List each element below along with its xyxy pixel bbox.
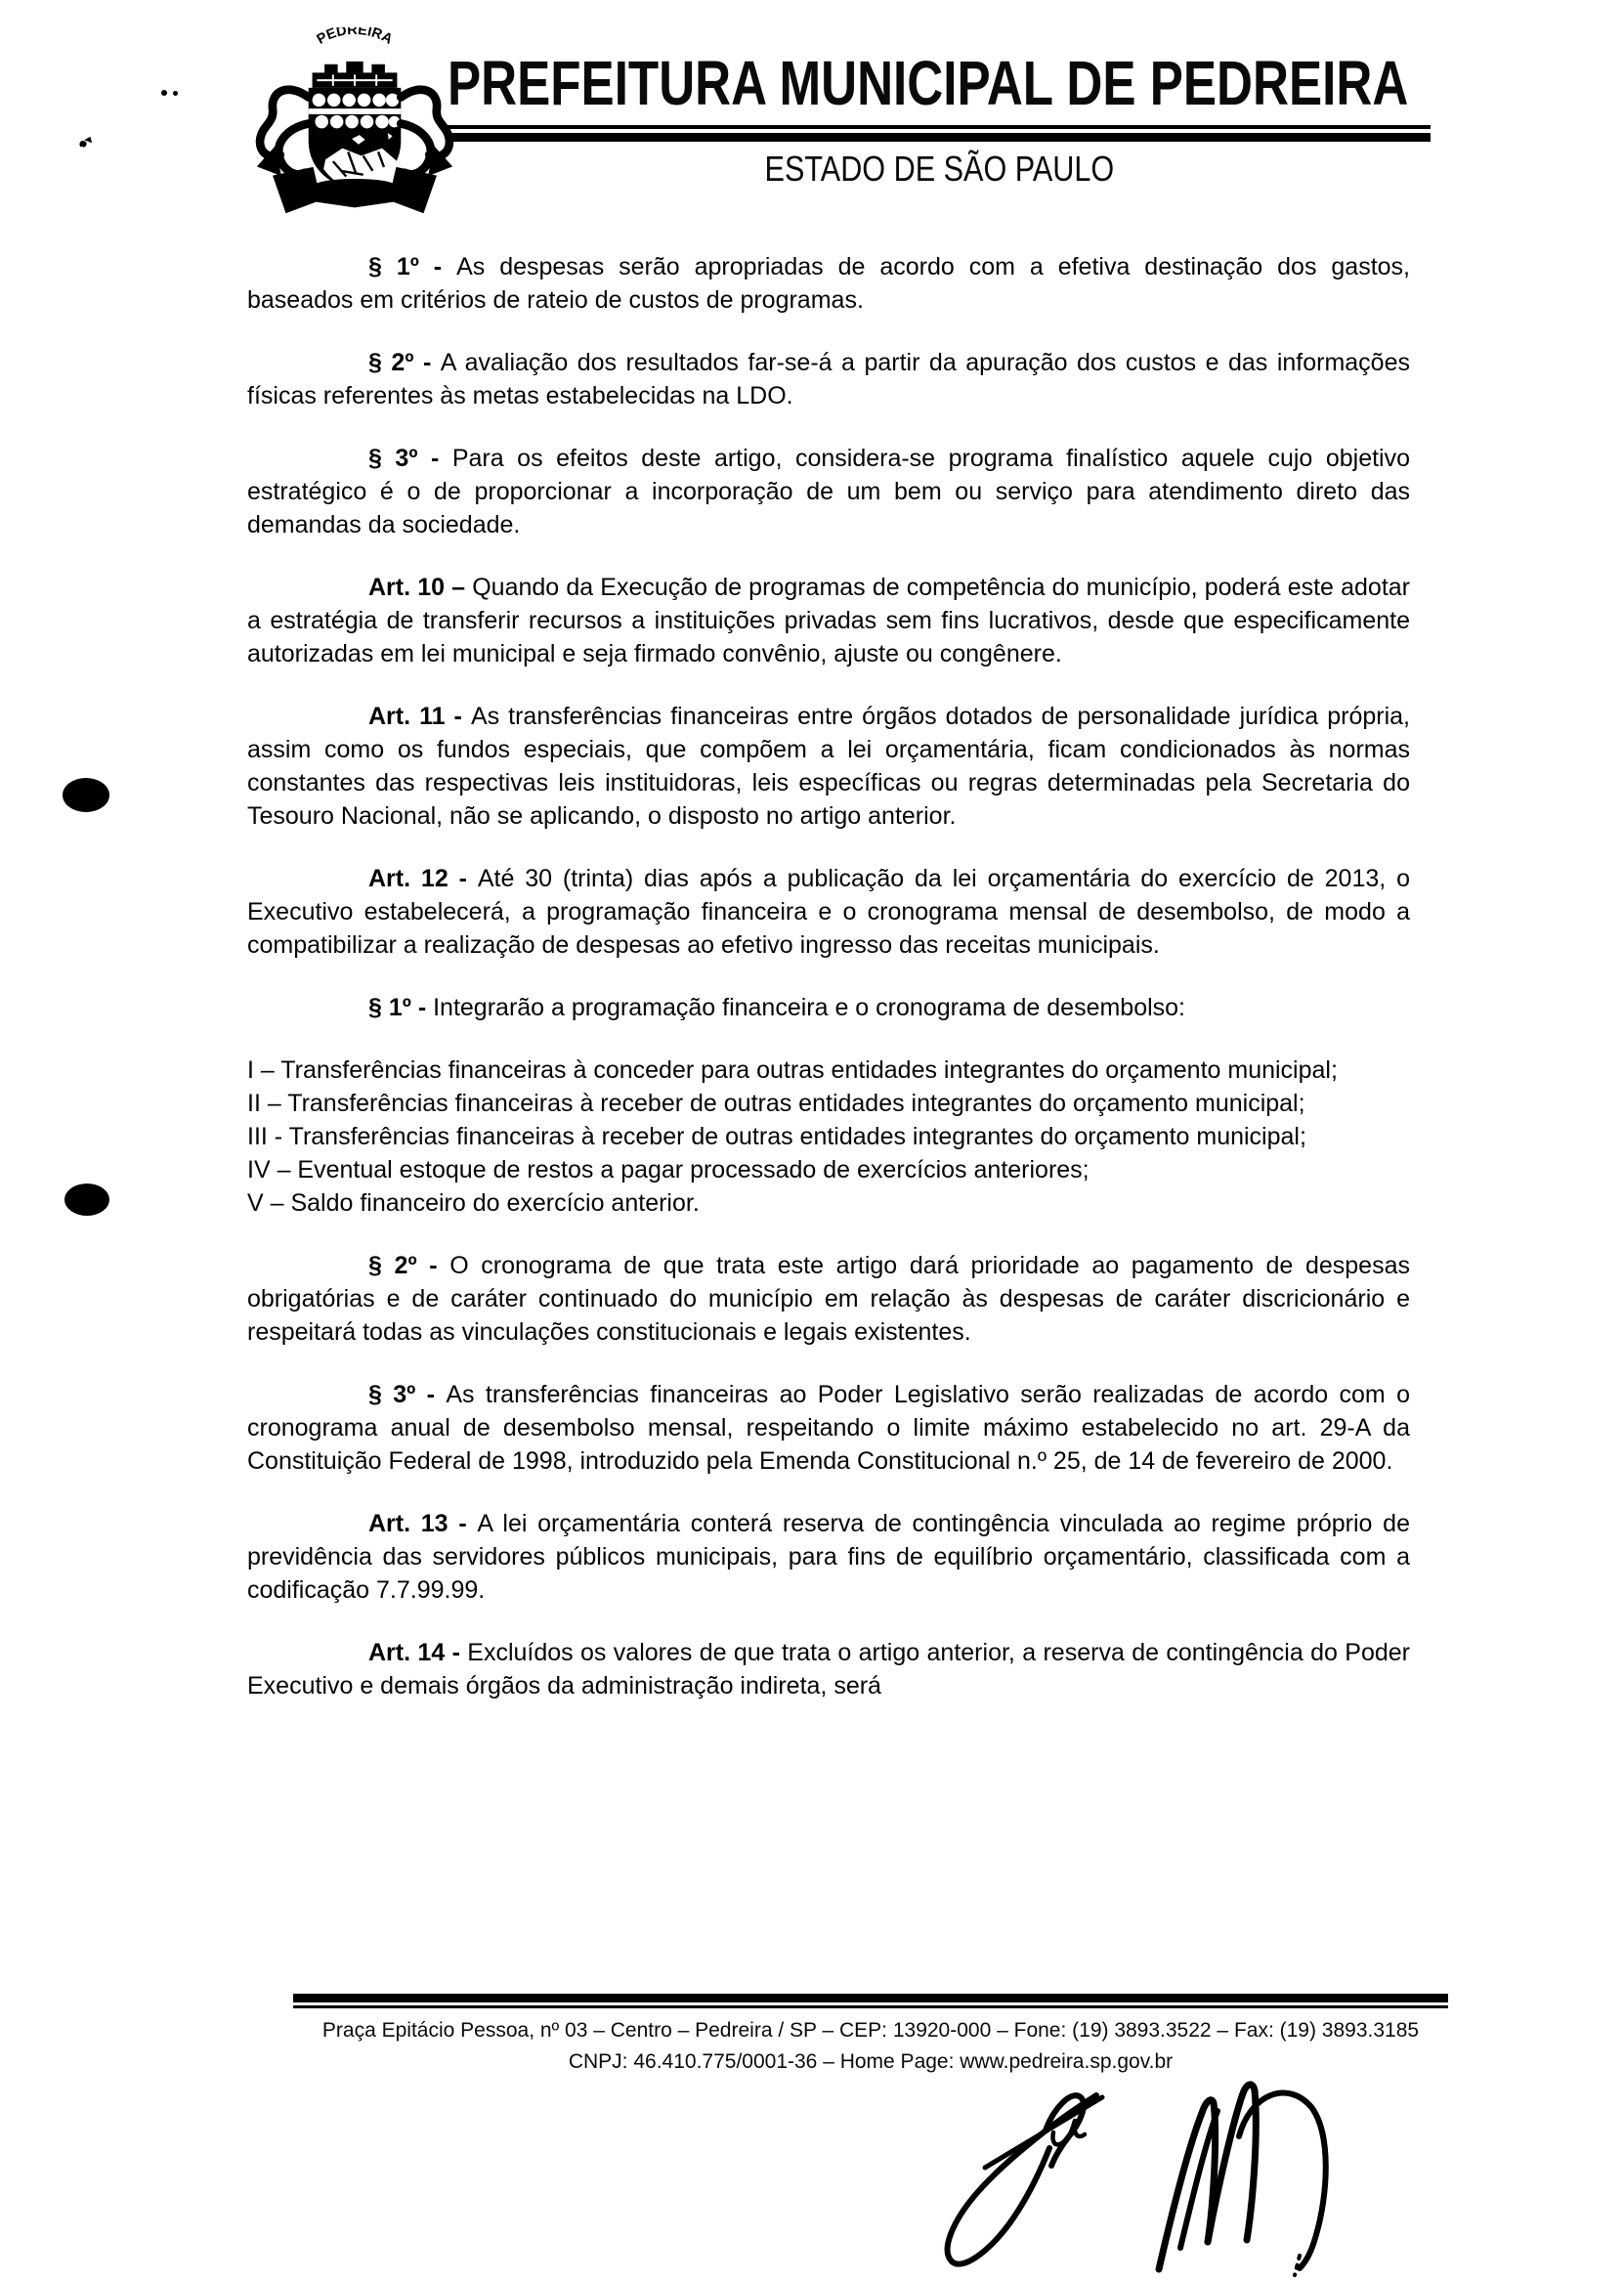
paragraph-label: Art. 14 - bbox=[368, 1639, 467, 1666]
footer-block: Praça Epitácio Pessoa, nº 03 – Centro – … bbox=[293, 2015, 1448, 2078]
document-body: § 1º - As despesas serão apropriadas de … bbox=[247, 250, 1410, 1732]
document-paragraph: IV – Eventual estoque de restos a pagar … bbox=[247, 1153, 1410, 1186]
document-paragraph: Art. 10 – Quando da Execução de programa… bbox=[247, 571, 1410, 670]
paragraph-text: Integrarão a programação financeira e o … bbox=[433, 994, 1185, 1021]
hole-punch-mark bbox=[64, 1184, 109, 1216]
paragraph-label: Art. 10 – bbox=[368, 574, 472, 601]
document-paragraph: III - Transferências financeiras à receb… bbox=[247, 1120, 1410, 1153]
paragraph-label: Art. 13 - bbox=[368, 1510, 477, 1537]
header-double-rule bbox=[448, 125, 1431, 142]
document-paragraph: § 3º - Para os efeitos deste artigo, con… bbox=[247, 442, 1410, 541]
footer-address: Praça Epitácio Pessoa, nº 03 – Centro – … bbox=[293, 2015, 1448, 2046]
scan-speck-curl bbox=[78, 133, 94, 151]
paragraph-text: IV – Eventual estoque de restos a pagar … bbox=[247, 1156, 1090, 1184]
document-paragraph: § 2º - A avaliação dos resultados far-se… bbox=[247, 346, 1410, 412]
document-paragraph: Art. 13 - A lei orçamentária conterá res… bbox=[247, 1507, 1410, 1607]
paragraph-label: § 2º - bbox=[368, 349, 441, 376]
page-title: PREFEITURA MUNICIPAL DE PEDREIRA bbox=[448, 47, 1237, 119]
paragraph-label: § 1º - bbox=[368, 253, 456, 280]
page-subtitle: ESTADO DE SÃO PAULO bbox=[448, 149, 1431, 190]
document-paragraph: Art. 11 - As transferências financeiras … bbox=[247, 700, 1410, 833]
paragraph-label: § 3º - bbox=[368, 445, 452, 472]
paragraph-label: § 3º - bbox=[368, 1381, 446, 1408]
document-paragraph: Art. 12 - Até 30 (trinta) dias após a pu… bbox=[247, 862, 1410, 962]
paragraph-label: Art. 12 - bbox=[368, 865, 478, 892]
document-paragraph: Art. 14 - Excluídos os valores de que tr… bbox=[247, 1636, 1410, 1702]
scan-speck bbox=[161, 90, 167, 96]
paragraph-label: § 2º - bbox=[368, 1252, 449, 1279]
handwritten-signature bbox=[928, 2074, 1339, 2279]
crest-banner-text: PEDREIRA bbox=[315, 27, 396, 48]
paragraph-text: II – Transferências financeiras à recebe… bbox=[247, 1090, 1305, 1117]
paragraph-text: I – Transferências financeiras à concede… bbox=[247, 1056, 1338, 1084]
crest-shield bbox=[309, 88, 402, 191]
document-paragraph: § 1º - As despesas serão apropriadas de … bbox=[247, 250, 1410, 317]
hole-punch-mark bbox=[63, 778, 109, 812]
document-paragraph: II – Transferências financeiras à recebe… bbox=[247, 1087, 1410, 1120]
pedreira-coat-of-arms: PEDREIRA bbox=[246, 27, 463, 221]
footer-double-rule bbox=[293, 1994, 1448, 2008]
document-paragraph: V – Saldo financeiro do exercício anteri… bbox=[247, 1186, 1410, 1220]
paragraph-label: Art. 11 - bbox=[368, 703, 471, 730]
document-paragraph: § 1º - Integrarão a programação financei… bbox=[247, 991, 1410, 1024]
document-paragraph: I – Transferências financeiras à concede… bbox=[247, 1054, 1410, 1087]
scan-speck bbox=[173, 91, 178, 96]
crest-crown bbox=[313, 62, 398, 88]
document-paragraph: § 2º - O cronograma de que trata este ar… bbox=[247, 1249, 1410, 1349]
paragraph-label: § 1º - bbox=[368, 994, 433, 1021]
document-paragraph: § 3º - As transferências financeiras ao … bbox=[247, 1378, 1410, 1478]
paragraph-text: V – Saldo financeiro do exercício anteri… bbox=[247, 1189, 700, 1217]
paragraph-text: III - Transferências financeiras à receb… bbox=[247, 1123, 1306, 1150]
scanned-document-page: PEDREIRA bbox=[0, 0, 1624, 2281]
